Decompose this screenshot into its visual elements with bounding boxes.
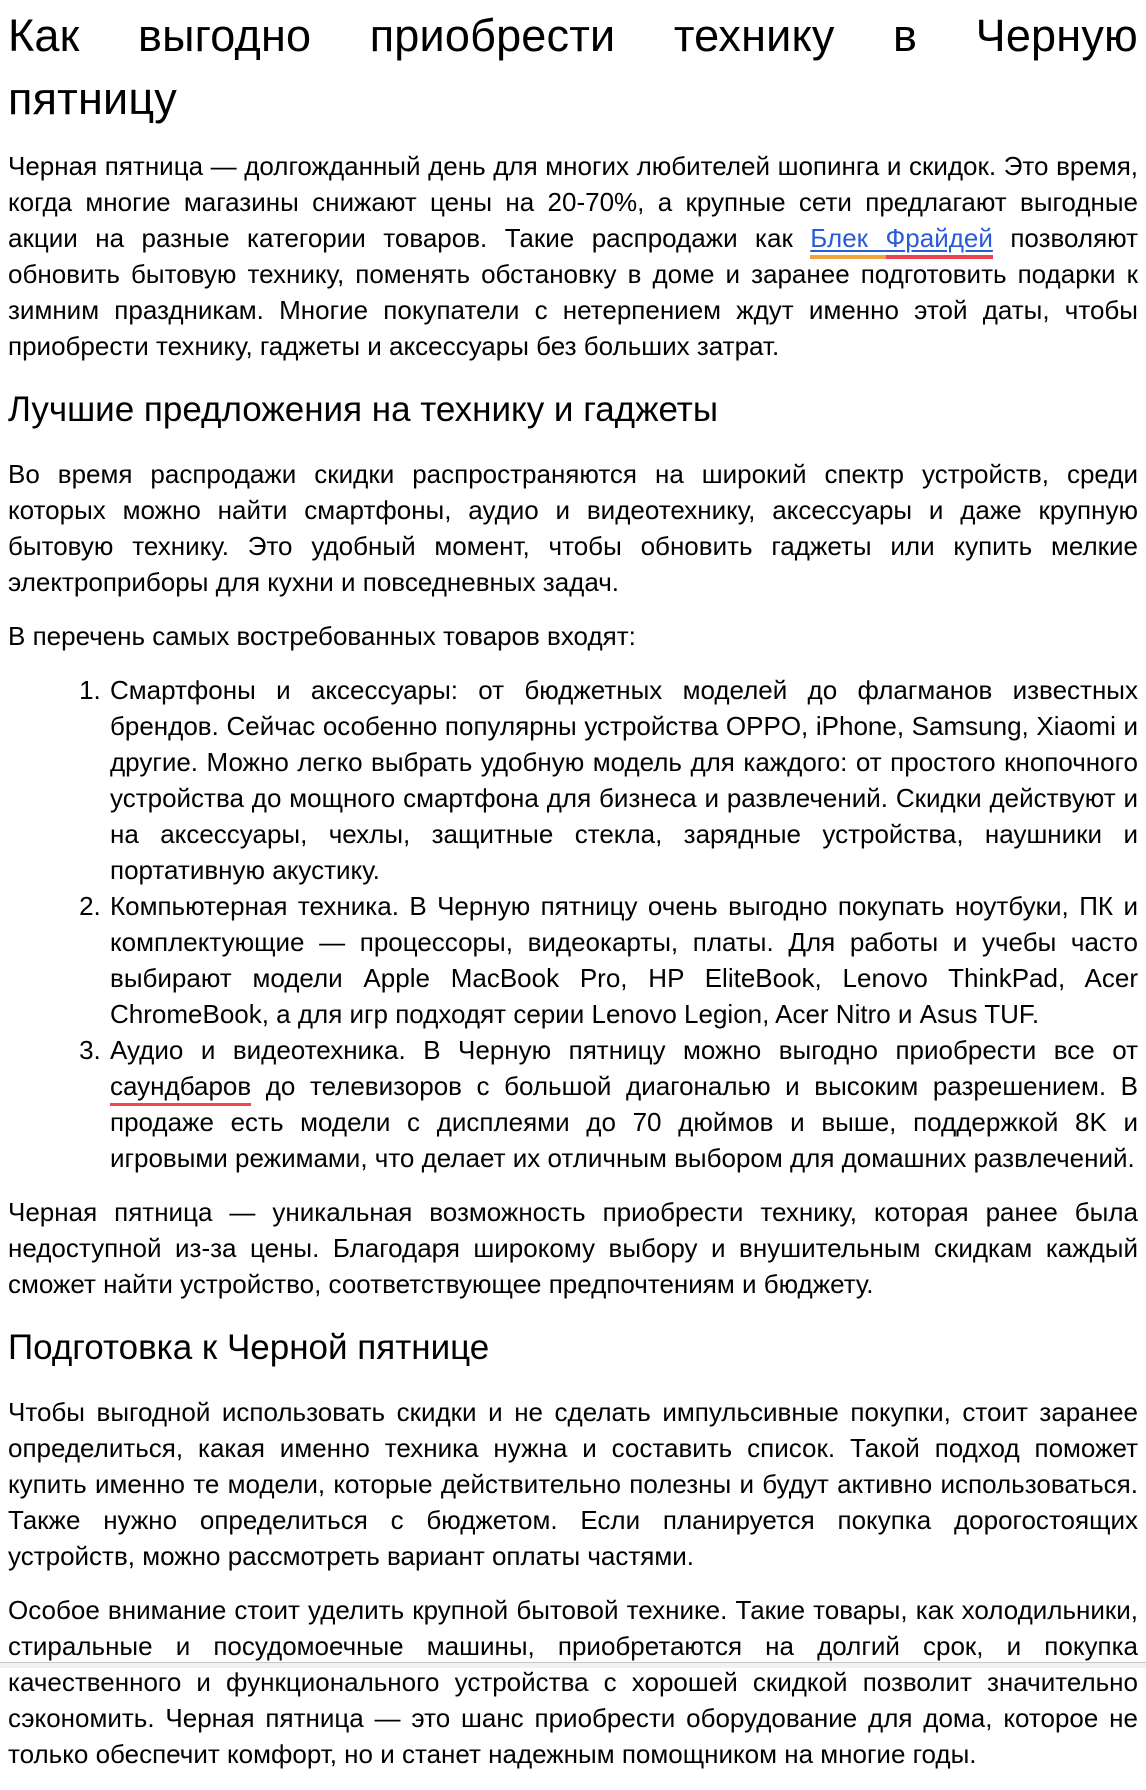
popular-items-list: Смартфоны и аксессуары: от бюджетных мод…: [8, 672, 1138, 1176]
preparation-paragraph-1: Чтобы выгодной использовать скидки и не …: [8, 1394, 1138, 1574]
audio-video-text-after: до телевизоров с большой диагональю и вы…: [110, 1071, 1138, 1173]
article: Как выгодно приобрести технику в Черную …: [0, 0, 1146, 1772]
preparation-paragraph-2: Особое внимание стоит уделить крупной бы…: [8, 1592, 1138, 1772]
link-word-friday[interactable]: Фрайдей: [886, 223, 993, 259]
article-title: Как выгодно приобрести технику в Черную …: [8, 4, 1138, 130]
deals-conclusion-paragraph: Черная пятница — уникальная возможность …: [8, 1194, 1138, 1302]
list-item-smartphones: Смартфоны и аксессуары: от бюджетных мод…: [108, 672, 1138, 888]
link-word-blek[interactable]: Блек: [810, 223, 885, 259]
list-item-computers: Компьютерная техника. В Черную пятницу о…: [108, 888, 1138, 1032]
list-item-audio-video: Аудио и видеотехника. В Черную пятницу м…: [108, 1032, 1138, 1176]
deals-overview-paragraph: Во время распродажи скидки распространяю…: [8, 456, 1138, 600]
list-intro-paragraph: В перечень самых востребованных товаров …: [8, 618, 1138, 654]
intro-paragraph: Черная пятница — долгожданный день для м…: [8, 148, 1138, 364]
audio-video-text-before: Аудио и видеотехника. В Черную пятницу м…: [110, 1035, 1138, 1065]
section-heading-preparation: Подготовка к Черной пятнице: [8, 1326, 1138, 1370]
black-friday-link[interactable]: Блек Фрайдей: [810, 223, 993, 259]
section-heading-deals: Лучшие предложения на технику и гаджеты: [8, 388, 1138, 432]
misspelled-word-soundbars[interactable]: саундбаров: [110, 1071, 251, 1106]
